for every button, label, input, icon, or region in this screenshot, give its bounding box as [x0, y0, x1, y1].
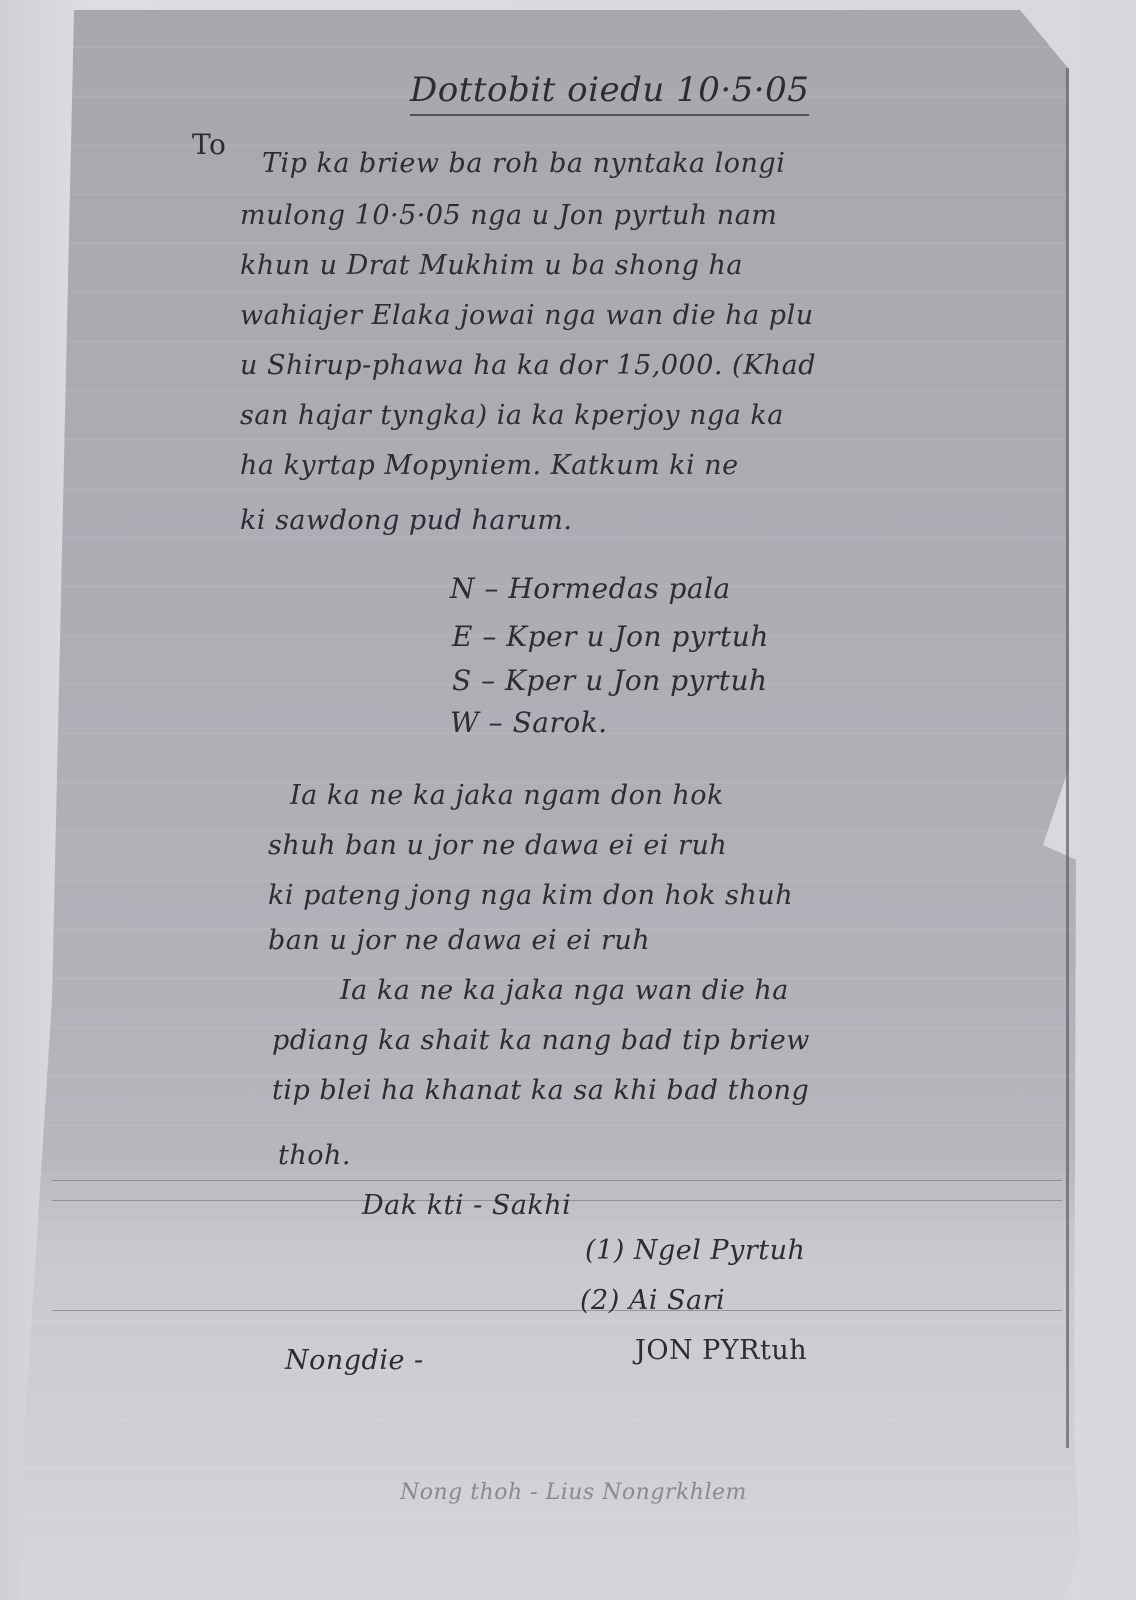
body-line: khun u Drat Mukhim u ba shong ha	[240, 250, 743, 281]
ruled-line	[52, 1180, 1062, 1181]
paragraph3-line: pdiang ka shait ka nang bad tip briew	[272, 1025, 810, 1056]
writer-line: Nong thoh - Lius Nongrkhlem	[400, 1480, 747, 1505]
boundary-item: E – Kper u Jon pyrtuh	[452, 620, 769, 653]
seller-signature: JON PYRtuh	[635, 1335, 807, 1366]
witness-1: (1) Ngel Pyrtuh	[585, 1235, 805, 1266]
salutation: To	[192, 128, 226, 161]
body-line: san hajar tyngka) ia ka kperjoy nga ka	[240, 400, 784, 431]
paragraph2-line: ki pateng jong nga kim don hok shuh	[268, 880, 793, 911]
paragraph3-line: Ia ka ne ka jaka nga wan die ha	[340, 975, 789, 1006]
boundary-direction: N	[450, 572, 475, 605]
page-edge	[1066, 68, 1069, 1448]
ruled-line	[52, 1310, 1062, 1311]
witness-label: Dak kti - Sakhi	[362, 1190, 571, 1221]
seller-label: Nongdie -	[285, 1345, 424, 1376]
boundary-direction: S	[452, 664, 472, 697]
boundary-owner: Kper u Jon pyrtuh	[505, 664, 768, 697]
body-line: wahiajer Elaka jowai nga wan die ha plu	[240, 300, 814, 331]
paragraph3-line: thoh.	[278, 1140, 351, 1171]
document-heading: Dottobit oiedu 10·5·05	[410, 70, 809, 116]
boundary-direction: E	[452, 620, 473, 653]
body-line: ha kyrtap Mopyniem. Katkum ki ne	[240, 450, 739, 481]
boundary-owner: Kper u Jon pyrtuh	[506, 620, 769, 653]
boundary-direction: W	[450, 706, 479, 739]
paragraph2-line: Ia ka ne ka jaka ngam don hok	[290, 780, 724, 811]
boundary-item: S – Kper u Jon pyrtuh	[452, 664, 768, 697]
body-line: mulong 10·5·05 nga u Jon pyrtuh nam	[240, 200, 777, 231]
paragraph3-line: tip blei ha khanat ka sa khi bad thong	[272, 1075, 809, 1106]
boundary-item: W – Sarok.	[450, 706, 608, 739]
boundary-owner: Hormedas pala	[508, 572, 730, 605]
paragraph2-line: shuh ban u jor ne dawa ei ei ruh	[268, 830, 727, 861]
body-line: Tip ka briew ba roh ba nyntaka longi	[262, 148, 785, 179]
body-line: u Shirup-phawa ha ka dor 15,000. (Khad	[240, 350, 816, 381]
photo-background: Dottobit oiedu 10·5·05 To Tip ka briew b…	[0, 0, 1136, 1600]
paragraph2-line: ban u jor ne dawa ei ei ruh	[268, 925, 650, 956]
boundary-item: N – Hormedas pala	[450, 572, 731, 605]
witness-2: (2) Ai Sari	[580, 1285, 725, 1316]
body-line: ki sawdong pud harum.	[240, 505, 572, 536]
boundary-owner: Sarok.	[513, 706, 608, 739]
